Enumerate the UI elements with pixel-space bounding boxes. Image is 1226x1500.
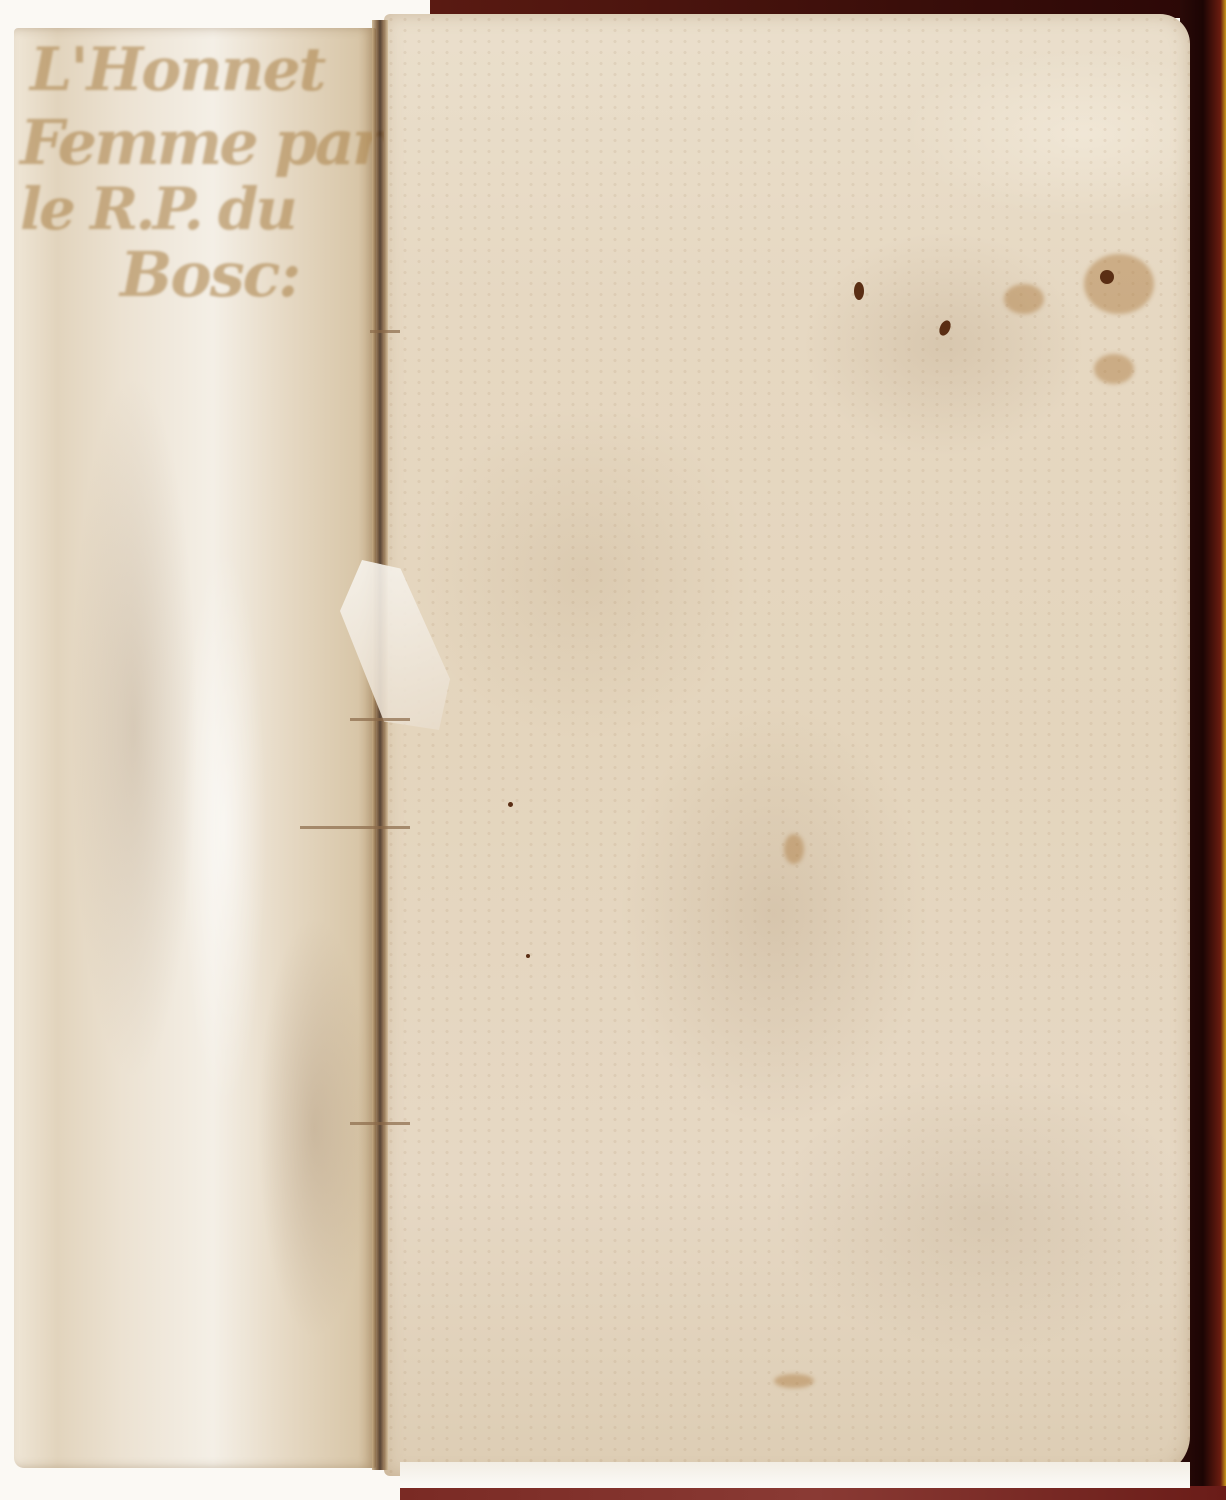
spine-handwritten-title: L'Honnet Femme par le R.P. du Bosc: [20,40,360,306]
front-cover [384,14,1190,1476]
binding-cord [350,1122,410,1125]
spine-title-line: L'Honnet [30,40,360,100]
spine-title-line: le R.P. du [20,180,360,238]
binding-cord [350,718,410,721]
spine-title-line: Bosc: [120,244,360,306]
binding-cord [300,826,410,829]
stain-spot [526,954,530,958]
foxing-patch [1004,284,1044,314]
stain-spot [508,802,513,807]
vellum-texture [384,14,1190,1476]
spine-title-line: Femme par [20,112,360,174]
book-photograph: L'Honnet Femme par le R.P. du Bosc: [0,0,1226,1500]
foxing-patch [784,834,804,864]
spine-hinge [372,20,388,1470]
foxing-patch [1084,254,1154,314]
stain-spot [854,282,864,300]
page-edge-bottom [400,1462,1190,1488]
foxing-patch [1094,354,1134,384]
foxing-patch [774,1374,814,1388]
binding-cord [370,330,400,333]
stain-spot [1100,270,1114,284]
red-backdrop-bottom [400,1486,1226,1500]
